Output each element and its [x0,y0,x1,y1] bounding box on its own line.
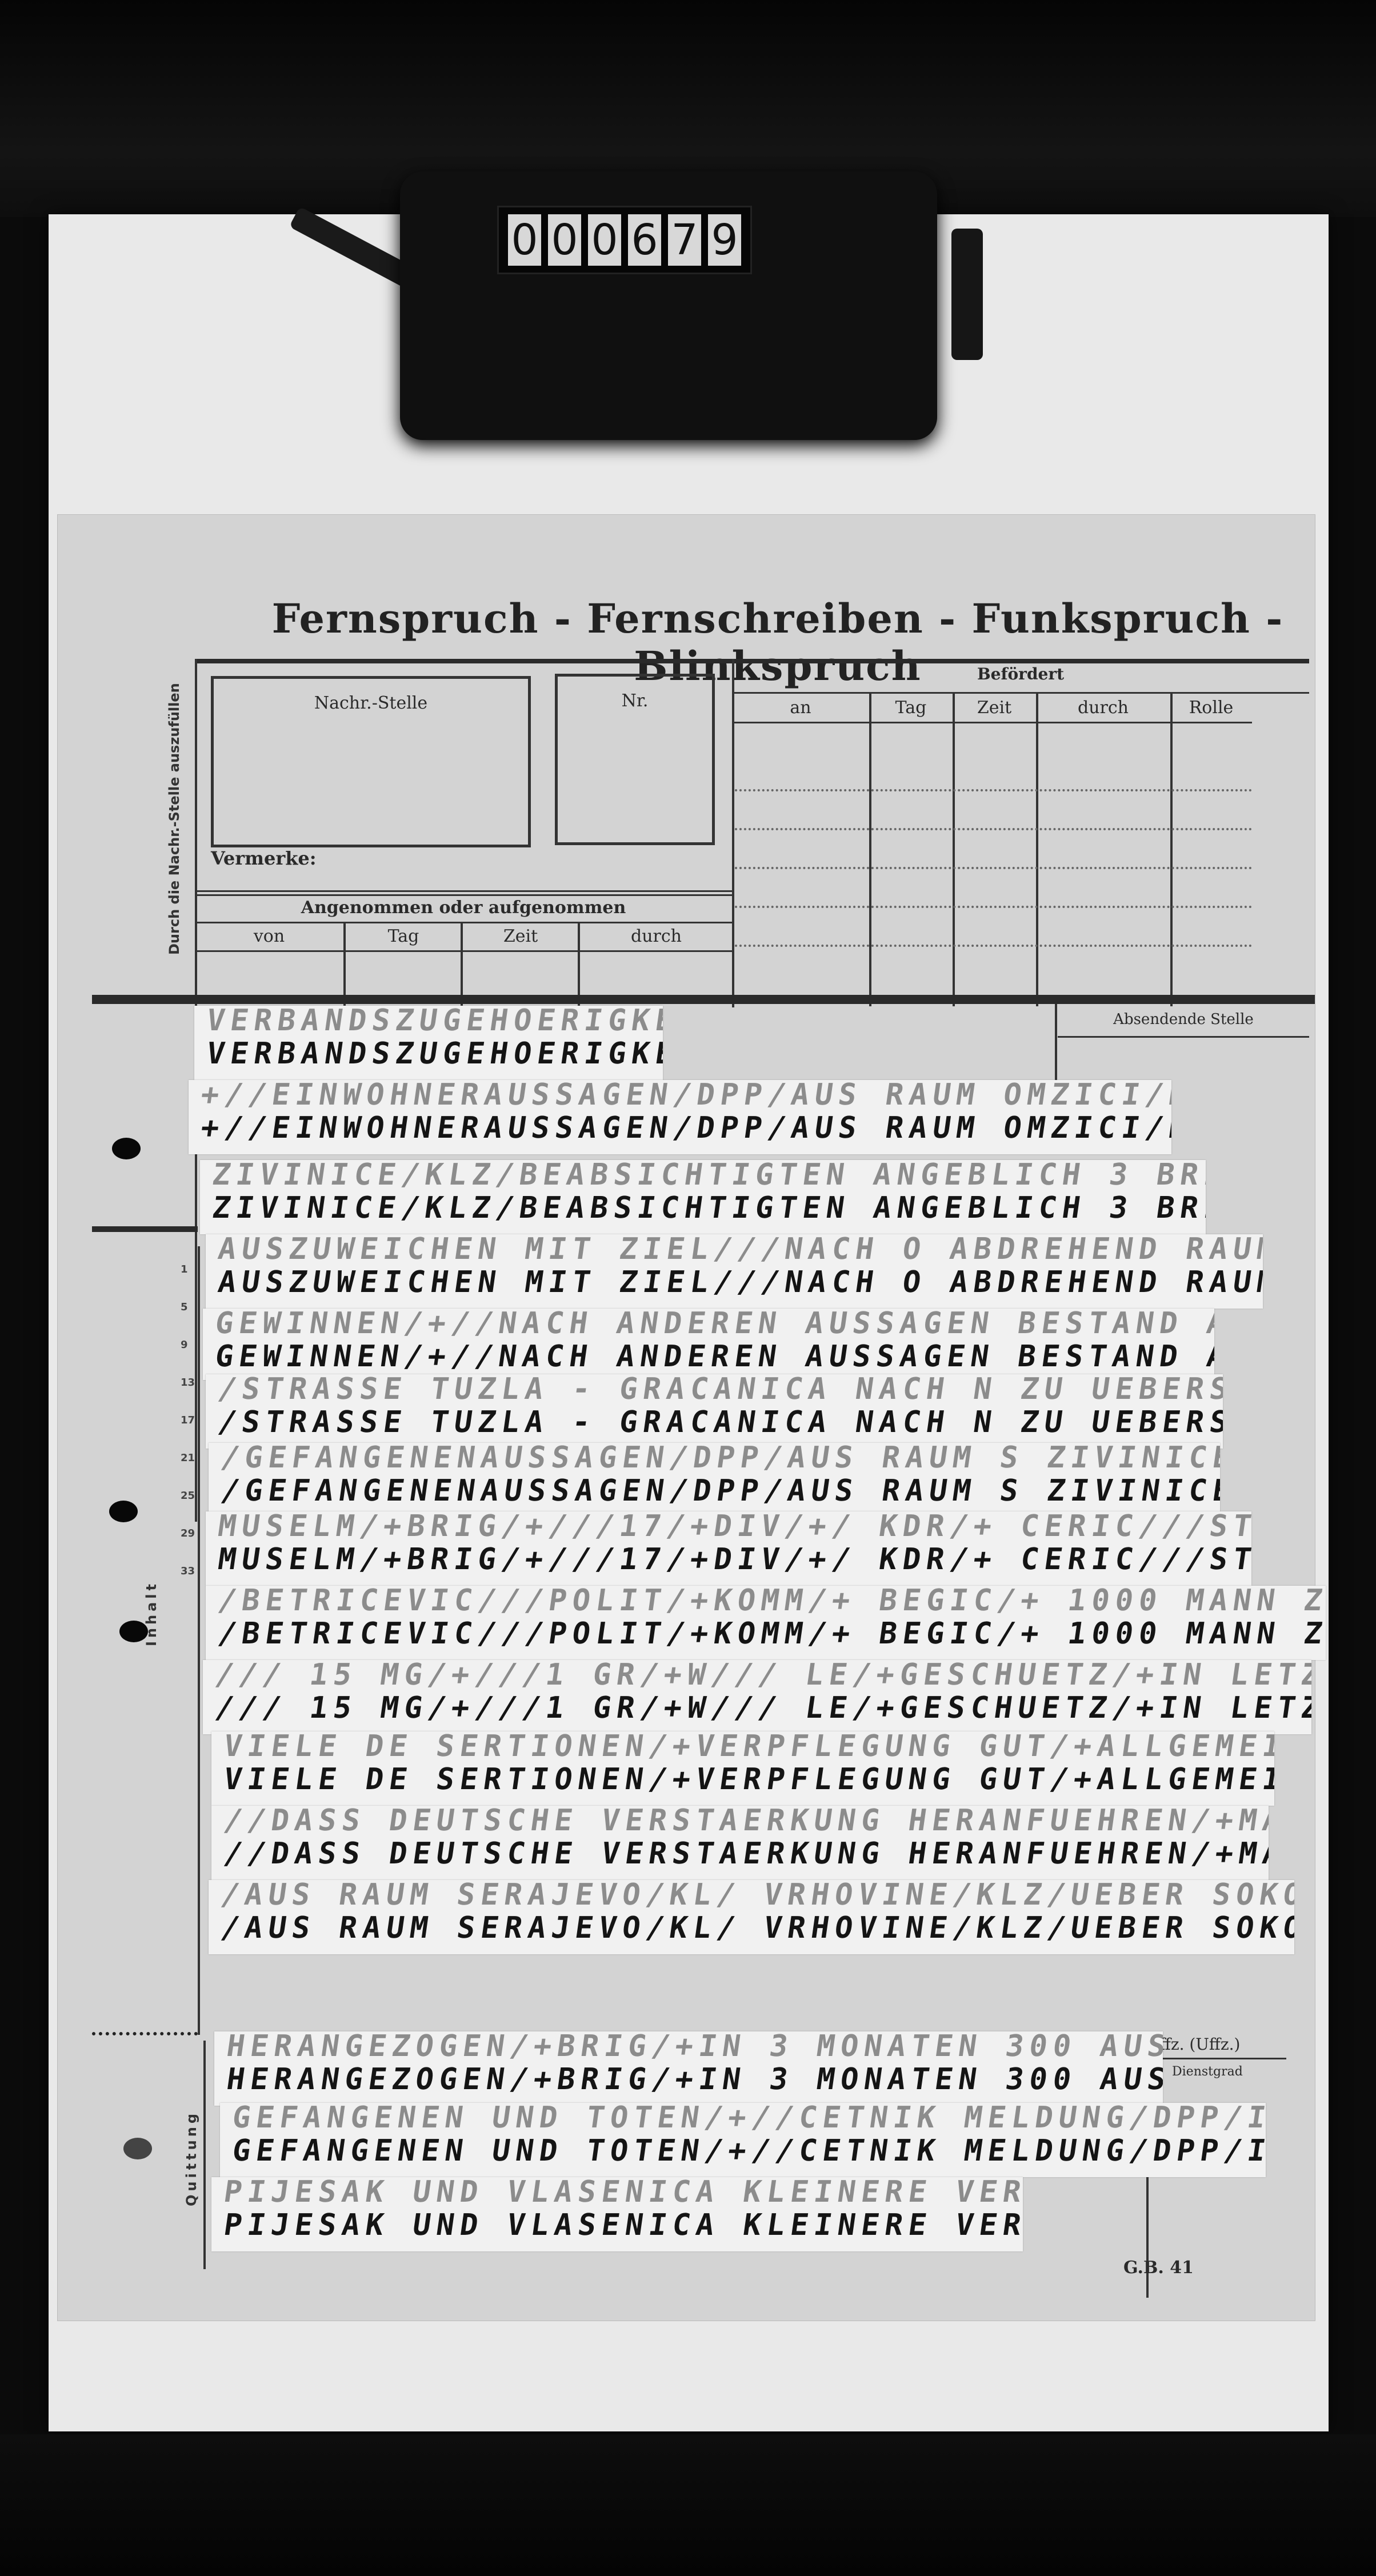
counter-digit: 0 [508,214,541,266]
befoerdert-col-tag: Tag [869,698,953,718]
befoerdert-col-rolle: Rolle [1170,698,1252,718]
top-rule [195,659,1309,663]
column-divider [1036,692,1038,1006]
angenommen-heading: Angenommen oder aufgenommen [195,898,732,918]
counter-digit: 6 [628,214,661,266]
tape-strip: /GEFANGENENAUSSAGEN/DPP/AUS RAUM S ZIVIN… [209,1443,1220,1517]
tape-strip: /STRASSE TUZLA - GRACANICA NACH N ZU UEB… [206,1374,1223,1449]
clip-post [951,229,983,360]
tape-strip: ZIVINICE/KLZ/BEABSICHTIGTEN ANGEBLICH 3 … [200,1160,1206,1234]
inhalt-margin-line [198,1246,200,2035]
dotted-row [735,945,1252,947]
nachr-stelle-label: Nachr.-Stelle [214,693,528,713]
tape-strip: GEFANGENEN UND TOTEN/+//CETNIK MELDUNG/D… [220,2103,1266,2177]
tape-line: GEWINNEN/+//NACH ANDEREN AUSSAGEN BESTAN… [213,1339,1214,1374]
nr-box: Nr. [555,674,715,845]
tape-strip: +//EINWOHNERAUSSAGEN/DPP/AUS RAUM OMZICI… [189,1080,1171,1154]
befoerdert-col-an: an [732,698,869,718]
form-code: G.B. 41 [1123,2258,1194,2278]
line-number: 5 [181,1301,188,1313]
angenommen-col-durch: durch [581,926,732,946]
angenommen-col-tag: Tag [346,926,461,946]
punch-hole [119,1621,148,1642]
tape-line: AUSZUWEICHEN MIT ZIEL///NACH O ABDREHEND… [216,1265,1263,1299]
punch-hole [112,1138,141,1159]
befoerdert-col-zeit: Zeit [953,698,1036,718]
line-number: 9 [181,1339,188,1351]
tape-strip: //DASS DEUTSCHE VERSTAERKUNG HERANFUEHRE… [211,1806,1269,1880]
dotted-row [735,789,1252,791]
tape-strip: PIJESAK UND VLASENICA KLEINERE VERSPRENG… [211,2177,1023,2251]
tape-line: ZIVINICE/KLZ/BEABSICHTIGTEN ANGEBLICH 3 … [210,1191,1206,1225]
line-number: 17 [181,1414,195,1426]
tape-line: GEFANGENEN UND TOTEN/+//CETNIK MELDUNG/D… [230,2134,1266,2168]
tape-line: HERANGEZOGEN/+BRIG/+IN 3 MONATEN 300 AUS… [225,2062,1163,2097]
befoerdert-col-durch: durch [1036,698,1170,718]
tape-line: +//EINWOHNERAUSSAGEN/DPP/AUS RAUM OMZICI… [199,1111,1171,1145]
befoerdert-header-rule [732,692,1309,694]
tape-strip: MUSELM/+BRIG/+///17/+DIV/+/ KDR/+ CERIC/… [206,1511,1251,1586]
line-number: 29 [181,1527,195,1539]
tape-strip: VERBANDSZUGEHOERIGKEIT/+ VERBANDSZUGEHOE… [194,1006,663,1080]
line-number: 1 [181,1263,188,1275]
tape-strip: HERANGEZOGEN/+BRIG/+IN 3 MONATEN 300 AUS… [214,2031,1163,2106]
tape-line: /STRASSE TUZLA - GRACANICA NACH N ZU UEB… [216,1405,1223,1439]
absendende-stelle-label: Absendende Stelle [1058,1011,1309,1028]
counter-digit: 0 [548,214,581,266]
nr-label: Nr. [558,691,712,711]
tape-strip: /BETRICEVIC///POLIT/+KOMM/+ BEGIC/+ 1000… [206,1586,1326,1660]
dotted-row [735,906,1252,908]
angenommen-rule [195,890,732,892]
tape-line: PIJESAK UND VLASENICA KLEINERE VERSPRENG… [222,2208,1023,2242]
line-number: 13 [181,1377,195,1389]
counter-digit: 7 [668,214,701,266]
befoerdert-heading: Befördert [732,665,1309,683]
tape-line: VIELE DE SERTIONEN/+VERPFLEGUNG GUT/+ALL… [222,1762,1274,1797]
line-number: 33 [181,1565,195,1577]
vermerke-label: Vermerke: [211,847,317,869]
tape-strip: GEWINNEN/+//NACH ANDEREN AUSSAGEN BESTAN… [203,1309,1214,1380]
tape-line: //DASS DEUTSCHE VERSTAERKUNG HERANFUEHRE… [222,1837,1269,1871]
angenommen-col-zeit: Zeit [463,926,578,946]
dotted-row [735,867,1252,869]
angenommen-row-rule [195,950,732,952]
dienstgrad-label: Dienstgrad [1172,2065,1243,2079]
dotted-row [735,828,1252,830]
line-number: 25 [181,1490,195,1502]
column-divider [953,692,955,1006]
perforation [92,2026,198,2035]
punch-hole [109,1501,138,1522]
counter-digit: 9 [708,214,741,266]
angenommen-col-von: von [201,926,338,946]
body-top-rule [92,995,1315,1004]
counter-digit: 0 [588,214,621,266]
side-instruction: Durch die Nachr.-Stelle auszufüllen [166,683,182,955]
tape-line: /// 15 MG/+///1 GR/+W/// LE/+GESCHUETZ/+… [213,1691,1311,1725]
quittung-label: Quittung [183,2110,199,2206]
tape-strip: AUSZUWEICHEN MIT ZIEL///NACH O ABDREHEND… [206,1234,1263,1309]
column-divider [1170,692,1173,1006]
tape-line: /BETRICEVIC///POLIT/+KOMM/+ BEGIC/+ 1000… [216,1617,1326,1651]
befoerdert-row-rule [732,722,1252,723]
tape-strip: VIELE DE SERTIONEN/+VERPFLEGUNG GUT/+ALL… [211,1731,1274,1806]
column-divider [869,692,871,1006]
tape-strip: /// 15 MG/+///1 GR/+W/// LE/+GESCHUETZ/+… [203,1660,1311,1734]
tape-line: /AUS RAUM SERAJEVO/KL/ VRHOVINE/KLZ/UEBE… [219,1911,1294,1945]
absender-divider [1055,1004,1057,1090]
absender-rule [1058,1036,1309,1038]
tape-line: VERBANDSZUGEHOERIGKEIT/+ [205,1037,663,1071]
margin-rule [92,1226,198,1232]
tape-strip: /AUS RAUM SERAJEVO/KL/ VRHOVINE/KLZ/UEBE… [209,1880,1294,1954]
tape-line: /GEFANGENENAUSSAGEN/DPP/AUS RAUM S ZIVIN… [219,1474,1220,1508]
film-frame-bottom [0,2434,1376,2576]
nachr-stelle-box: Nachr.-Stelle [211,676,531,847]
tape-line: MUSELM/+BRIG/+///17/+DIV/+/ KDR/+ CERIC/… [216,1542,1251,1577]
quittung-margin-line [203,2041,206,2269]
angenommen-rule [195,894,732,896]
punch-hole [123,2138,152,2159]
angenommen-header-rule [195,922,732,923]
frame-counter: 0 0 0 6 7 9 [497,206,752,274]
line-number: 21 [181,1452,195,1464]
